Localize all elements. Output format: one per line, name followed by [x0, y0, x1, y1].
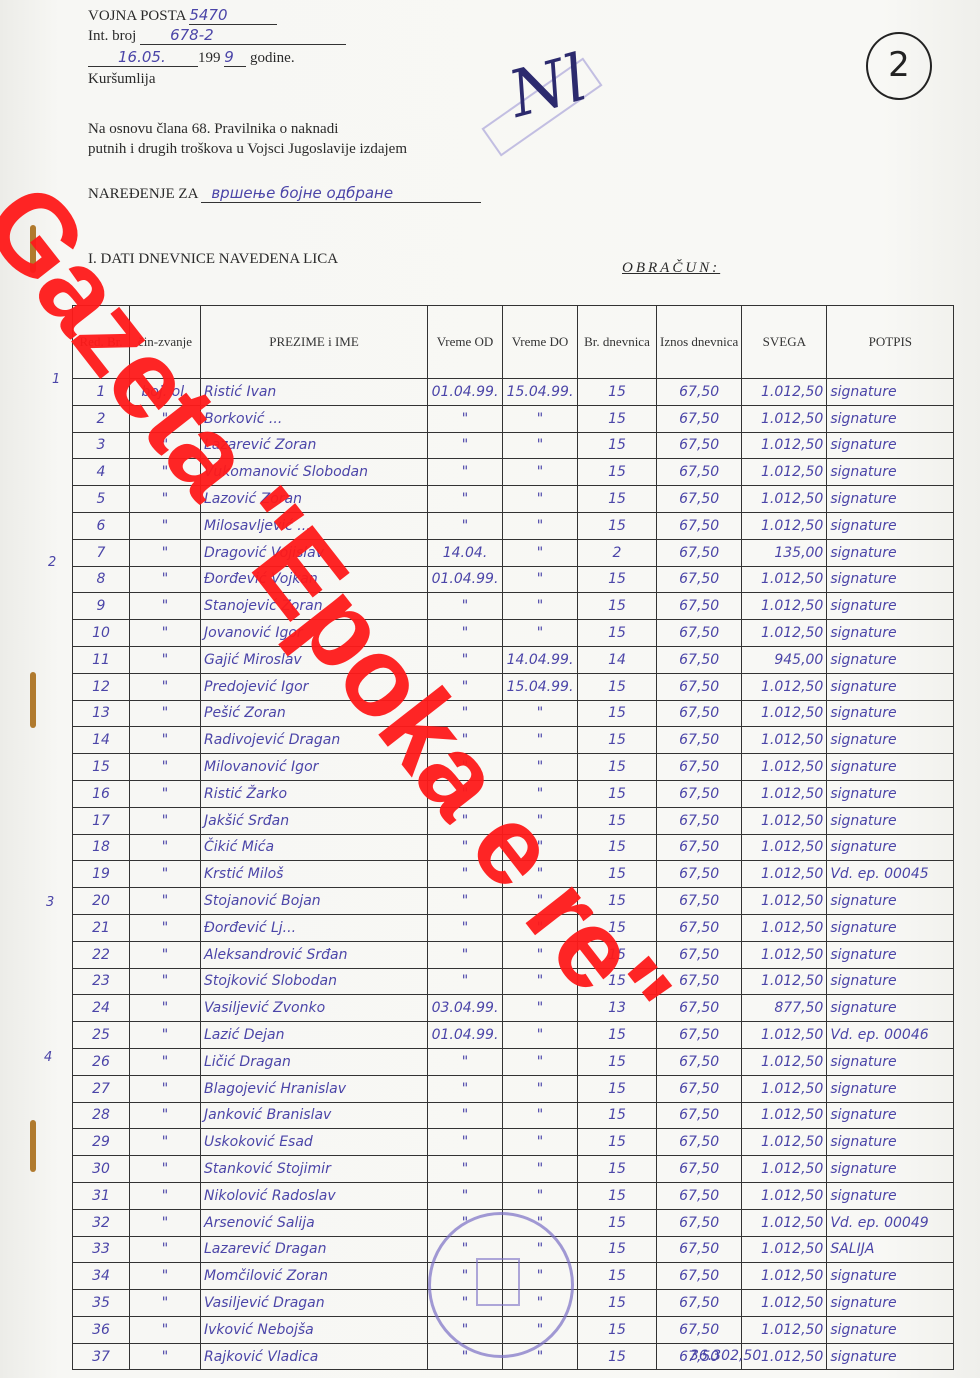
- per-diem-amount: 67,50: [657, 566, 742, 593]
- per-diem-amount: 67,50: [657, 1236, 742, 1263]
- per-diem-count: 15: [578, 727, 657, 754]
- per-diem-amount: 67,50: [657, 1316, 742, 1343]
- full-name: Arsenović Salija: [201, 1209, 428, 1236]
- full-name: Lazić Dejan: [201, 1022, 428, 1049]
- row-total: 1.012,50: [742, 1263, 827, 1290]
- time-from: 01.04.99.: [428, 379, 503, 406]
- signature: signature: [827, 1182, 954, 1209]
- row-number: 37: [73, 1343, 130, 1370]
- per-diem-amount: 67,50: [657, 727, 742, 754]
- rank: ": [130, 1022, 201, 1049]
- per-diem-count: 15: [578, 700, 657, 727]
- per-diem-amount: 67,50: [657, 539, 742, 566]
- signature: signature: [827, 1290, 954, 1317]
- time-from: ": [428, 1048, 503, 1075]
- per-diem-amount: 67,50: [657, 700, 742, 727]
- row-number: 24: [73, 995, 130, 1022]
- time-from: ": [428, 941, 503, 968]
- int-broj-value: 678-2: [140, 26, 346, 45]
- rank: ": [130, 539, 201, 566]
- row-number: 18: [73, 834, 130, 861]
- row-total: 1.012,50: [742, 405, 827, 432]
- row-total: 1.012,50: [742, 432, 827, 459]
- row-number: 20: [73, 888, 130, 915]
- signature: SALIJA: [827, 1236, 954, 1263]
- per-diem-amount: 67,50: [657, 1290, 742, 1317]
- row-total: 1.012,50: [742, 914, 827, 941]
- signature: signature: [827, 754, 954, 781]
- row-number: 7: [73, 539, 130, 566]
- row-total: 1.012,50: [742, 754, 827, 781]
- per-diem-amount: 67,50: [657, 1182, 742, 1209]
- full-name: Krstić Miloš: [201, 861, 428, 888]
- signature: signature: [827, 1156, 954, 1183]
- per-diem-count: 15: [578, 1316, 657, 1343]
- table-row: 9"Stanojević Zoran""1567,501.012,50signa…: [73, 593, 954, 620]
- table-row: 30"Stanković Stojimir""1567,501.012,50si…: [73, 1156, 954, 1183]
- per-diem-amount: 67,50: [657, 1102, 742, 1129]
- col-iznos: Iznos dnevnica: [657, 306, 742, 379]
- signature: Vd. ep. 00045: [827, 861, 954, 888]
- row-total: 135,00: [742, 539, 827, 566]
- per-diem-count: 15: [578, 405, 657, 432]
- time-from: 01.04.99.: [428, 1022, 503, 1049]
- signature: signature: [827, 888, 954, 915]
- per-diem-count: 15: [578, 1048, 657, 1075]
- row-total: 1.012,50: [742, 1022, 827, 1049]
- signature: signature: [827, 700, 954, 727]
- signature: signature: [827, 834, 954, 861]
- time-to: ": [503, 486, 578, 513]
- row-total: 1.012,50: [742, 1129, 827, 1156]
- per-diem-amount: 67,50: [657, 620, 742, 647]
- time-to: ": [503, 432, 578, 459]
- table-row: 25"Lazić Dejan01.04.99."1567,501.012,50V…: [73, 1022, 954, 1049]
- table-row: 26"Ličić Dragan""1567,501.012,50signatur…: [73, 1048, 954, 1075]
- time-from: ": [428, 1156, 503, 1183]
- per-diem-count: 15: [578, 1182, 657, 1209]
- row-total: 1.012,50: [742, 1290, 827, 1317]
- signature: signature: [827, 646, 954, 673]
- time-to: ": [503, 1182, 578, 1209]
- signature: signature: [827, 995, 954, 1022]
- per-diem-amount: 67,50: [657, 754, 742, 781]
- rank: ": [130, 1209, 201, 1236]
- row-number: 31: [73, 1182, 130, 1209]
- time-from: ": [428, 1075, 503, 1102]
- per-diem-count: 15: [578, 807, 657, 834]
- per-diem-amount: 67,50: [657, 834, 742, 861]
- row-total: 1.012,50: [742, 807, 827, 834]
- int-broj-line: Int. broj 678-2: [88, 26, 346, 45]
- per-diem-amount: 67,50: [657, 888, 742, 915]
- per-diem-amount: 67,50: [657, 379, 742, 406]
- rank: ": [130, 1048, 201, 1075]
- margin-note-3: 3: [46, 895, 54, 910]
- time-from: 03.04.99.: [428, 995, 503, 1022]
- year-digit: 9: [224, 48, 246, 67]
- margin-note-2: 2: [48, 555, 56, 570]
- col-potpis: POTPIS: [827, 306, 954, 379]
- rank: ": [130, 593, 201, 620]
- full-name: Ivković Nebojša: [201, 1316, 428, 1343]
- per-diem-count: 15: [578, 459, 657, 486]
- col-vreme-do: Vreme DO: [503, 306, 578, 379]
- godine-label: godine.: [250, 50, 295, 66]
- per-diem-amount: 67,50: [657, 512, 742, 539]
- row-number: 10: [73, 620, 130, 647]
- per-diem-count: 15: [578, 1075, 657, 1102]
- row-total: 1.012,50: [742, 780, 827, 807]
- signature: signature: [827, 432, 954, 459]
- time-from: ": [428, 405, 503, 432]
- per-diem-count: 15: [578, 486, 657, 513]
- row-total: 1.012,50: [742, 861, 827, 888]
- row-number: 21: [73, 914, 130, 941]
- rank: ": [130, 888, 201, 915]
- unit-value: 5470: [189, 6, 277, 25]
- time-to: ": [503, 1156, 578, 1183]
- per-diem-count: 14: [578, 646, 657, 673]
- full-name: Blagojević Hranislav: [201, 1075, 428, 1102]
- row-number: 28: [73, 1102, 130, 1129]
- per-diem-amount: 67,50: [657, 432, 742, 459]
- rank: ": [130, 1102, 201, 1129]
- row-number: 6: [73, 512, 130, 539]
- per-diem-amount: 67,50: [657, 861, 742, 888]
- full-name: Đorđević Lj...: [201, 914, 428, 941]
- row-number: 35: [73, 1290, 130, 1317]
- time-from: ": [428, 486, 503, 513]
- signature: signature: [827, 566, 954, 593]
- per-diem-amount: 67,50: [657, 646, 742, 673]
- signature: signature: [827, 379, 954, 406]
- full-name: Lazarević Dragan: [201, 1236, 428, 1263]
- per-diem-amount: 67,50: [657, 914, 742, 941]
- signature: signature: [827, 1263, 954, 1290]
- per-diem-amount: 67,50: [657, 1129, 742, 1156]
- col-br-dnevnica: Br. dnevnica: [578, 306, 657, 379]
- binder-clip-middle: [30, 672, 36, 728]
- signature: Vd. ep. 00049: [827, 1209, 954, 1236]
- row-total: 1.012,50: [742, 512, 827, 539]
- table-row: 28"Janković Branislav""1567,501.012,50si…: [73, 1102, 954, 1129]
- time-from: ": [428, 593, 503, 620]
- full-name: Janković Branislav: [201, 1102, 428, 1129]
- row-number: 5: [73, 486, 130, 513]
- time-to: ": [503, 512, 578, 539]
- per-diem-count: 15: [578, 620, 657, 647]
- row-number: 17: [73, 807, 130, 834]
- rank: ": [130, 861, 201, 888]
- full-name: Stojković Slobodan: [201, 968, 428, 995]
- row-number: 33: [73, 1236, 130, 1263]
- full-name: Stanković Stojimir: [201, 1156, 428, 1183]
- row-number: 14: [73, 727, 130, 754]
- unit-line: VOJNA POSTA 5470: [88, 6, 277, 25]
- row-number: 22: [73, 941, 130, 968]
- signature: signature: [827, 1048, 954, 1075]
- per-diem-amount: 67,50: [657, 405, 742, 432]
- full-name: Stojanović Bojan: [201, 888, 428, 915]
- naredjenje-line: NAREĐENJE ZA вршење бојне одбране: [88, 184, 481, 203]
- per-diem-amount: 67,50: [657, 807, 742, 834]
- intro-line-2: putnih i drugih troškova u Vojsci Jugosl…: [88, 140, 407, 158]
- row-total: 1.012,50: [742, 620, 827, 647]
- row-total: 1.012,50: [742, 727, 827, 754]
- rank: ": [130, 1263, 201, 1290]
- full-name: Čikić Mića: [201, 834, 428, 861]
- row-number: 27: [73, 1075, 130, 1102]
- date-line: 16.05.199 9 godine.: [88, 48, 295, 67]
- signature: signature: [827, 459, 954, 486]
- time-to: ": [503, 539, 578, 566]
- full-name: Nikolović Radoslav: [201, 1182, 428, 1209]
- time-to: ": [503, 700, 578, 727]
- signature: signature: [827, 780, 954, 807]
- per-diem-count: 15: [578, 1209, 657, 1236]
- row-total: 1.012,50: [742, 1209, 827, 1236]
- time-to: 14.04.99.: [503, 646, 578, 673]
- margin-note-1: 1: [52, 372, 60, 387]
- obracun-label: OBRAČUN:: [622, 260, 720, 277]
- signature: signature: [827, 807, 954, 834]
- row-number: 30: [73, 1156, 130, 1183]
- row-total: 1.012,50: [742, 700, 827, 727]
- time-to: 15.04.99.: [503, 379, 578, 406]
- per-diem-amount: 67,50: [657, 780, 742, 807]
- row-total: 1.012,50: [742, 379, 827, 406]
- row-total: 1.012,50: [742, 968, 827, 995]
- per-diem-amount: 67,50: [657, 995, 742, 1022]
- row-total: 1.012,50: [742, 1102, 827, 1129]
- rank: ": [130, 646, 201, 673]
- row-number: 12: [73, 673, 130, 700]
- place: Kuršumlija: [88, 70, 156, 88]
- rank: ": [130, 754, 201, 781]
- row-number: 34: [73, 1263, 130, 1290]
- col-vreme-od: Vreme OD: [428, 306, 503, 379]
- page-number-circle: 2: [866, 32, 932, 100]
- rank: ": [130, 673, 201, 700]
- rank: ": [130, 1290, 201, 1317]
- per-diem-count: 15: [578, 780, 657, 807]
- time-from: 01.04.99.: [428, 566, 503, 593]
- time-to: ": [503, 459, 578, 486]
- row-total: 1.012,50: [742, 566, 827, 593]
- full-name: Vasiljević Zvonko: [201, 995, 428, 1022]
- signature: signature: [827, 1343, 954, 1370]
- per-diem-amount: 67,50: [657, 1209, 742, 1236]
- year-prefix: 199: [198, 50, 221, 66]
- signature: signature: [827, 1129, 954, 1156]
- rank: ": [130, 941, 201, 968]
- row-total: 1.012,50: [742, 1048, 827, 1075]
- time-from: 14.04.: [428, 539, 503, 566]
- full-name: Jakšić Srđan: [201, 807, 428, 834]
- rank: ": [130, 834, 201, 861]
- table-row: 11"Gajić Miroslav"14.04.99.1467,50945,00…: [73, 646, 954, 673]
- row-total: 1.012,50: [742, 1156, 827, 1183]
- signature: signature: [827, 620, 954, 647]
- row-number: 16: [73, 780, 130, 807]
- per-diem-count: 15: [578, 1343, 657, 1370]
- table-row: 31"Nikolović Radoslav""1567,501.012,50si…: [73, 1182, 954, 1209]
- full-name: Vasiljević Dragan: [201, 1290, 428, 1317]
- row-number: 15: [73, 754, 130, 781]
- time-from: ": [428, 620, 503, 647]
- rank: ": [130, 1156, 201, 1183]
- per-diem-amount: 67,50: [657, 1075, 742, 1102]
- rank: ": [130, 1316, 201, 1343]
- time-from: ": [428, 459, 503, 486]
- margin-note-4: 4: [44, 1050, 52, 1065]
- signature: signature: [827, 1316, 954, 1343]
- row-total: 877,50: [742, 995, 827, 1022]
- row-total: 1.012,50: [742, 486, 827, 513]
- row-number: 25: [73, 1022, 130, 1049]
- row-number: 29: [73, 1129, 130, 1156]
- table-row: 29"Uskoković Esad""1567,501.012,50signat…: [73, 1129, 954, 1156]
- full-name: Ličić Dragan: [201, 1048, 428, 1075]
- row-number: 11: [73, 646, 130, 673]
- time-to: 15.04.99.: [503, 673, 578, 700]
- rank: ": [130, 566, 201, 593]
- row-total: 1.012,50: [742, 1075, 827, 1102]
- row-number: 8: [73, 566, 130, 593]
- rank: ": [130, 780, 201, 807]
- full-name: Momčilović Zoran: [201, 1263, 428, 1290]
- signature: Vd. ep. 00046: [827, 1022, 954, 1049]
- time-to: ": [503, 1129, 578, 1156]
- rank: ": [130, 1075, 201, 1102]
- time-to: ": [503, 566, 578, 593]
- per-diem-count: 15: [578, 1102, 657, 1129]
- row-total: 1.012,50: [742, 673, 827, 700]
- full-name: Aleksandrović Srđan: [201, 941, 428, 968]
- signature: signature: [827, 1075, 954, 1102]
- time-to: ": [503, 593, 578, 620]
- per-diem-count: 15: [578, 432, 657, 459]
- rank: ": [130, 807, 201, 834]
- signature: signature: [827, 405, 954, 432]
- per-diem-amount: 67,50: [657, 1048, 742, 1075]
- row-total: 1.012,50: [742, 593, 827, 620]
- rank: ": [130, 1236, 201, 1263]
- row-number: 13: [73, 700, 130, 727]
- per-diem-count: 15: [578, 593, 657, 620]
- row-number: 4: [73, 459, 130, 486]
- stamp-emblem: [476, 1258, 520, 1306]
- time-from: ": [428, 512, 503, 539]
- row-total: 945,00: [742, 646, 827, 673]
- per-diem-count: 15: [578, 673, 657, 700]
- rank: ": [130, 1343, 201, 1370]
- per-diem-count: 15: [578, 754, 657, 781]
- rank: ": [130, 995, 201, 1022]
- full-name: Rajković Vladica: [201, 1343, 428, 1370]
- time-from: ": [428, 1129, 503, 1156]
- signature: signature: [827, 941, 954, 968]
- row-total: 1.012,50: [742, 941, 827, 968]
- row-total: 1.012,50: [742, 1182, 827, 1209]
- row-number: 23: [73, 968, 130, 995]
- row-total: 1.012,50: [742, 1236, 827, 1263]
- row-number: 26: [73, 1048, 130, 1075]
- row-total: 1.012,50: [742, 834, 827, 861]
- per-diem-count: 15: [578, 1156, 657, 1183]
- signature: signature: [827, 593, 954, 620]
- int-broj-label: Int. broj: [88, 28, 136, 44]
- full-name: Uskoković Esad: [201, 1129, 428, 1156]
- per-diem-amount: 67,50: [657, 1156, 742, 1183]
- per-diem-count: 15: [578, 566, 657, 593]
- per-diem-count: 15: [578, 379, 657, 406]
- per-diem-count: 15: [578, 512, 657, 539]
- signature: signature: [827, 486, 954, 513]
- table-row: 23"Stojković Slobodan""1567,501.012,50si…: [73, 968, 954, 995]
- per-diem-amount: 67,50: [657, 1263, 742, 1290]
- col-prezime: PREZIME i IME: [201, 306, 428, 379]
- table-row: 27"Blagojević Hranislav""1567,501.012,50…: [73, 1075, 954, 1102]
- rank: ": [130, 1182, 201, 1209]
- rank: ": [130, 1129, 201, 1156]
- signature: signature: [827, 539, 954, 566]
- time-from: ": [428, 1102, 503, 1129]
- table-row: 12"Predojević Igor"15.04.99.1567,501.012…: [73, 673, 954, 700]
- per-diem-amount: 67,50: [657, 1022, 742, 1049]
- rank: ": [130, 968, 201, 995]
- signature: signature: [827, 1102, 954, 1129]
- table-row: 10"Jovanović Igor""1567,501.012,50signat…: [73, 620, 954, 647]
- naredjenje-label: NAREĐENJE ZA: [88, 186, 198, 202]
- per-diem-amount: 67,50: [657, 673, 742, 700]
- time-to: ": [503, 1048, 578, 1075]
- row-number: 36: [73, 1316, 130, 1343]
- col-svega: SVEGA: [742, 306, 827, 379]
- per-diem-count: 15: [578, 1129, 657, 1156]
- row-total: 1.012,50: [742, 888, 827, 915]
- per-diem-count: 2: [578, 539, 657, 566]
- time-to: ": [503, 1075, 578, 1102]
- date-value: 16.05.: [88, 48, 198, 67]
- grand-total: 36.302,50: [690, 1348, 761, 1364]
- per-diem-amount: 67,50: [657, 486, 742, 513]
- signature: signature: [827, 968, 954, 995]
- per-diem-count: 15: [578, 1290, 657, 1317]
- row-number: 19: [73, 861, 130, 888]
- time-to: ": [503, 620, 578, 647]
- table-row: 24"Vasiljević Zvonko03.04.99."1367,50877…: [73, 995, 954, 1022]
- time-to: ": [503, 405, 578, 432]
- naredjenje-value: вршење бојне одбране: [201, 184, 481, 203]
- time-from: ": [428, 968, 503, 995]
- row-total: 1.012,50: [742, 1316, 827, 1343]
- rank: ": [130, 727, 201, 754]
- row-number: 9: [73, 593, 130, 620]
- per-diem-amount: 67,50: [657, 593, 742, 620]
- table-row: 8"Đorđević Vojkan01.04.99."1567,501.012,…: [73, 566, 954, 593]
- row-total: 1.012,50: [742, 459, 827, 486]
- rank: ": [130, 700, 201, 727]
- per-diem-amount: 67,50: [657, 459, 742, 486]
- signature: signature: [827, 512, 954, 539]
- signature: signature: [827, 673, 954, 700]
- rank: ": [130, 914, 201, 941]
- time-from: ": [428, 432, 503, 459]
- signature: signature: [827, 727, 954, 754]
- binder-clip-bottom: [30, 1120, 36, 1172]
